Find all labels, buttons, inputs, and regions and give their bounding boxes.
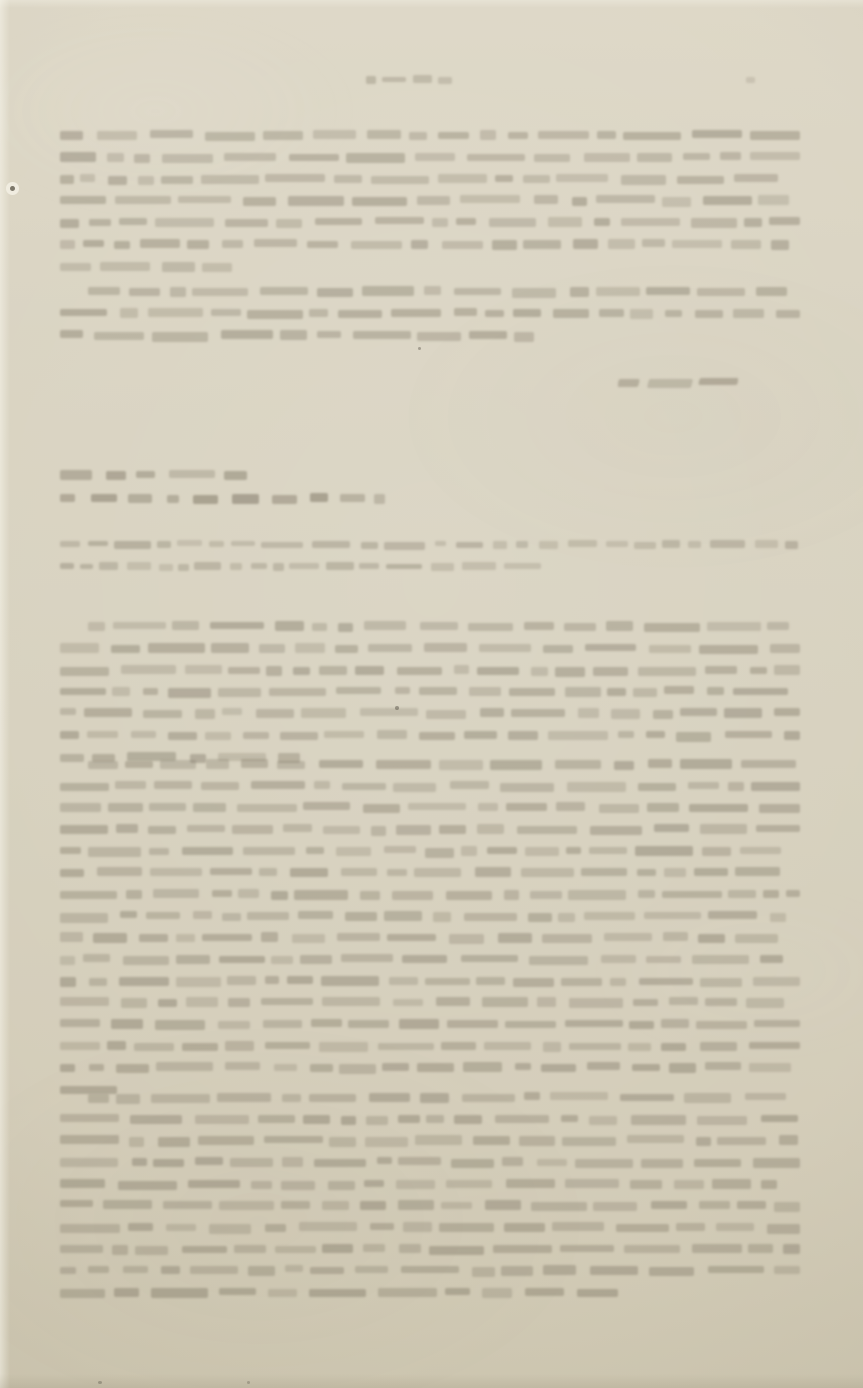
review-body-paragraph-2-line — [60, 823, 800, 836]
review-body-paragraph-1 — [0, 0, 863, 1388]
page-number — [0, 0, 863, 1388]
entry-author-line-line — [60, 469, 265, 482]
paper-speck — [98, 1381, 102, 1384]
paragraph-continuation — [0, 0, 863, 1388]
review-body-paragraph-1-line — [60, 751, 300, 764]
closing-paragraph — [0, 0, 863, 1388]
review-body-paragraph-2-line — [60, 996, 800, 1009]
review-body-paragraph-3-line — [88, 1091, 800, 1104]
paragraph-continuation-line — [60, 173, 800, 186]
reviewer-signature — [0, 0, 863, 1388]
review-body-paragraph-1-line — [60, 664, 800, 677]
review-body-paragraph-2-line — [60, 1083, 138, 1096]
review-body-paragraph-3-line — [60, 1264, 800, 1277]
review-body-paragraph-2-line — [60, 780, 800, 793]
paper-speck — [10, 186, 15, 191]
running-head-line — [366, 74, 452, 87]
review-body-paragraph-3-line — [60, 1243, 800, 1256]
review-body-paragraph-1-line — [60, 729, 800, 742]
paper-speck — [395, 706, 399, 710]
review-body-paragraph-2 — [0, 0, 863, 1388]
reviewer-signature-line — [618, 376, 738, 389]
closing-paragraph-line — [88, 285, 800, 298]
paragraph-continuation-line — [60, 194, 800, 207]
paper-speck — [418, 347, 421, 350]
review-body-paragraph-1-line — [60, 642, 800, 655]
review-body-paragraph-3-line — [60, 1113, 800, 1126]
review-body-paragraph-2-line — [60, 1040, 800, 1053]
review-body-paragraph-2-line — [88, 758, 800, 771]
paragraph-continuation-line — [60, 129, 800, 142]
entry-author-line — [0, 0, 863, 1388]
review-body-paragraph-2-line — [60, 801, 800, 814]
faded-text-blocks — [0, 0, 863, 1388]
paragraph-continuation-line — [60, 260, 232, 273]
review-body-paragraph-2-line — [60, 845, 800, 858]
page-number-line — [746, 75, 770, 88]
running-head — [0, 0, 863, 1388]
review-body-paragraph-2-line — [60, 953, 800, 966]
review-body-paragraph-3-line — [60, 1286, 620, 1299]
review-body-paragraph-3-line — [60, 1156, 800, 1169]
review-body-paragraph-2-line — [60, 1061, 800, 1074]
entry-citation — [0, 0, 863, 1388]
entry-title-line — [0, 0, 863, 1388]
review-body-paragraph-2-line — [60, 888, 800, 901]
review-body-paragraph-1-line — [60, 685, 800, 698]
review-body-paragraph-2-line — [60, 931, 800, 944]
entry-citation-line — [60, 561, 558, 574]
closing-paragraph-line — [60, 307, 800, 320]
review-body-paragraph-2-line — [60, 1018, 800, 1031]
review-body-paragraph-3 — [0, 0, 863, 1388]
scanned-page — [0, 0, 863, 1388]
entry-citation-line — [60, 539, 798, 552]
review-body-paragraph-2-line — [60, 910, 800, 923]
review-body-paragraph-2-line — [60, 866, 800, 879]
review-body-paragraph-1-line — [88, 620, 800, 633]
entry-title-line-line — [60, 492, 400, 505]
paragraph-continuation-line — [60, 238, 800, 251]
closing-paragraph-line — [60, 329, 545, 342]
paragraph-continuation-line — [60, 216, 800, 229]
review-body-paragraph-2-line — [60, 975, 800, 988]
review-body-paragraph-3-line — [60, 1134, 800, 1147]
paper-speck — [247, 1381, 250, 1384]
review-body-paragraph-3-line — [60, 1178, 800, 1191]
review-body-paragraph-3-line — [60, 1199, 800, 1212]
review-body-paragraph-3-line — [60, 1221, 800, 1234]
review-body-paragraph-1-line — [60, 707, 800, 720]
paragraph-continuation-line — [60, 151, 800, 164]
